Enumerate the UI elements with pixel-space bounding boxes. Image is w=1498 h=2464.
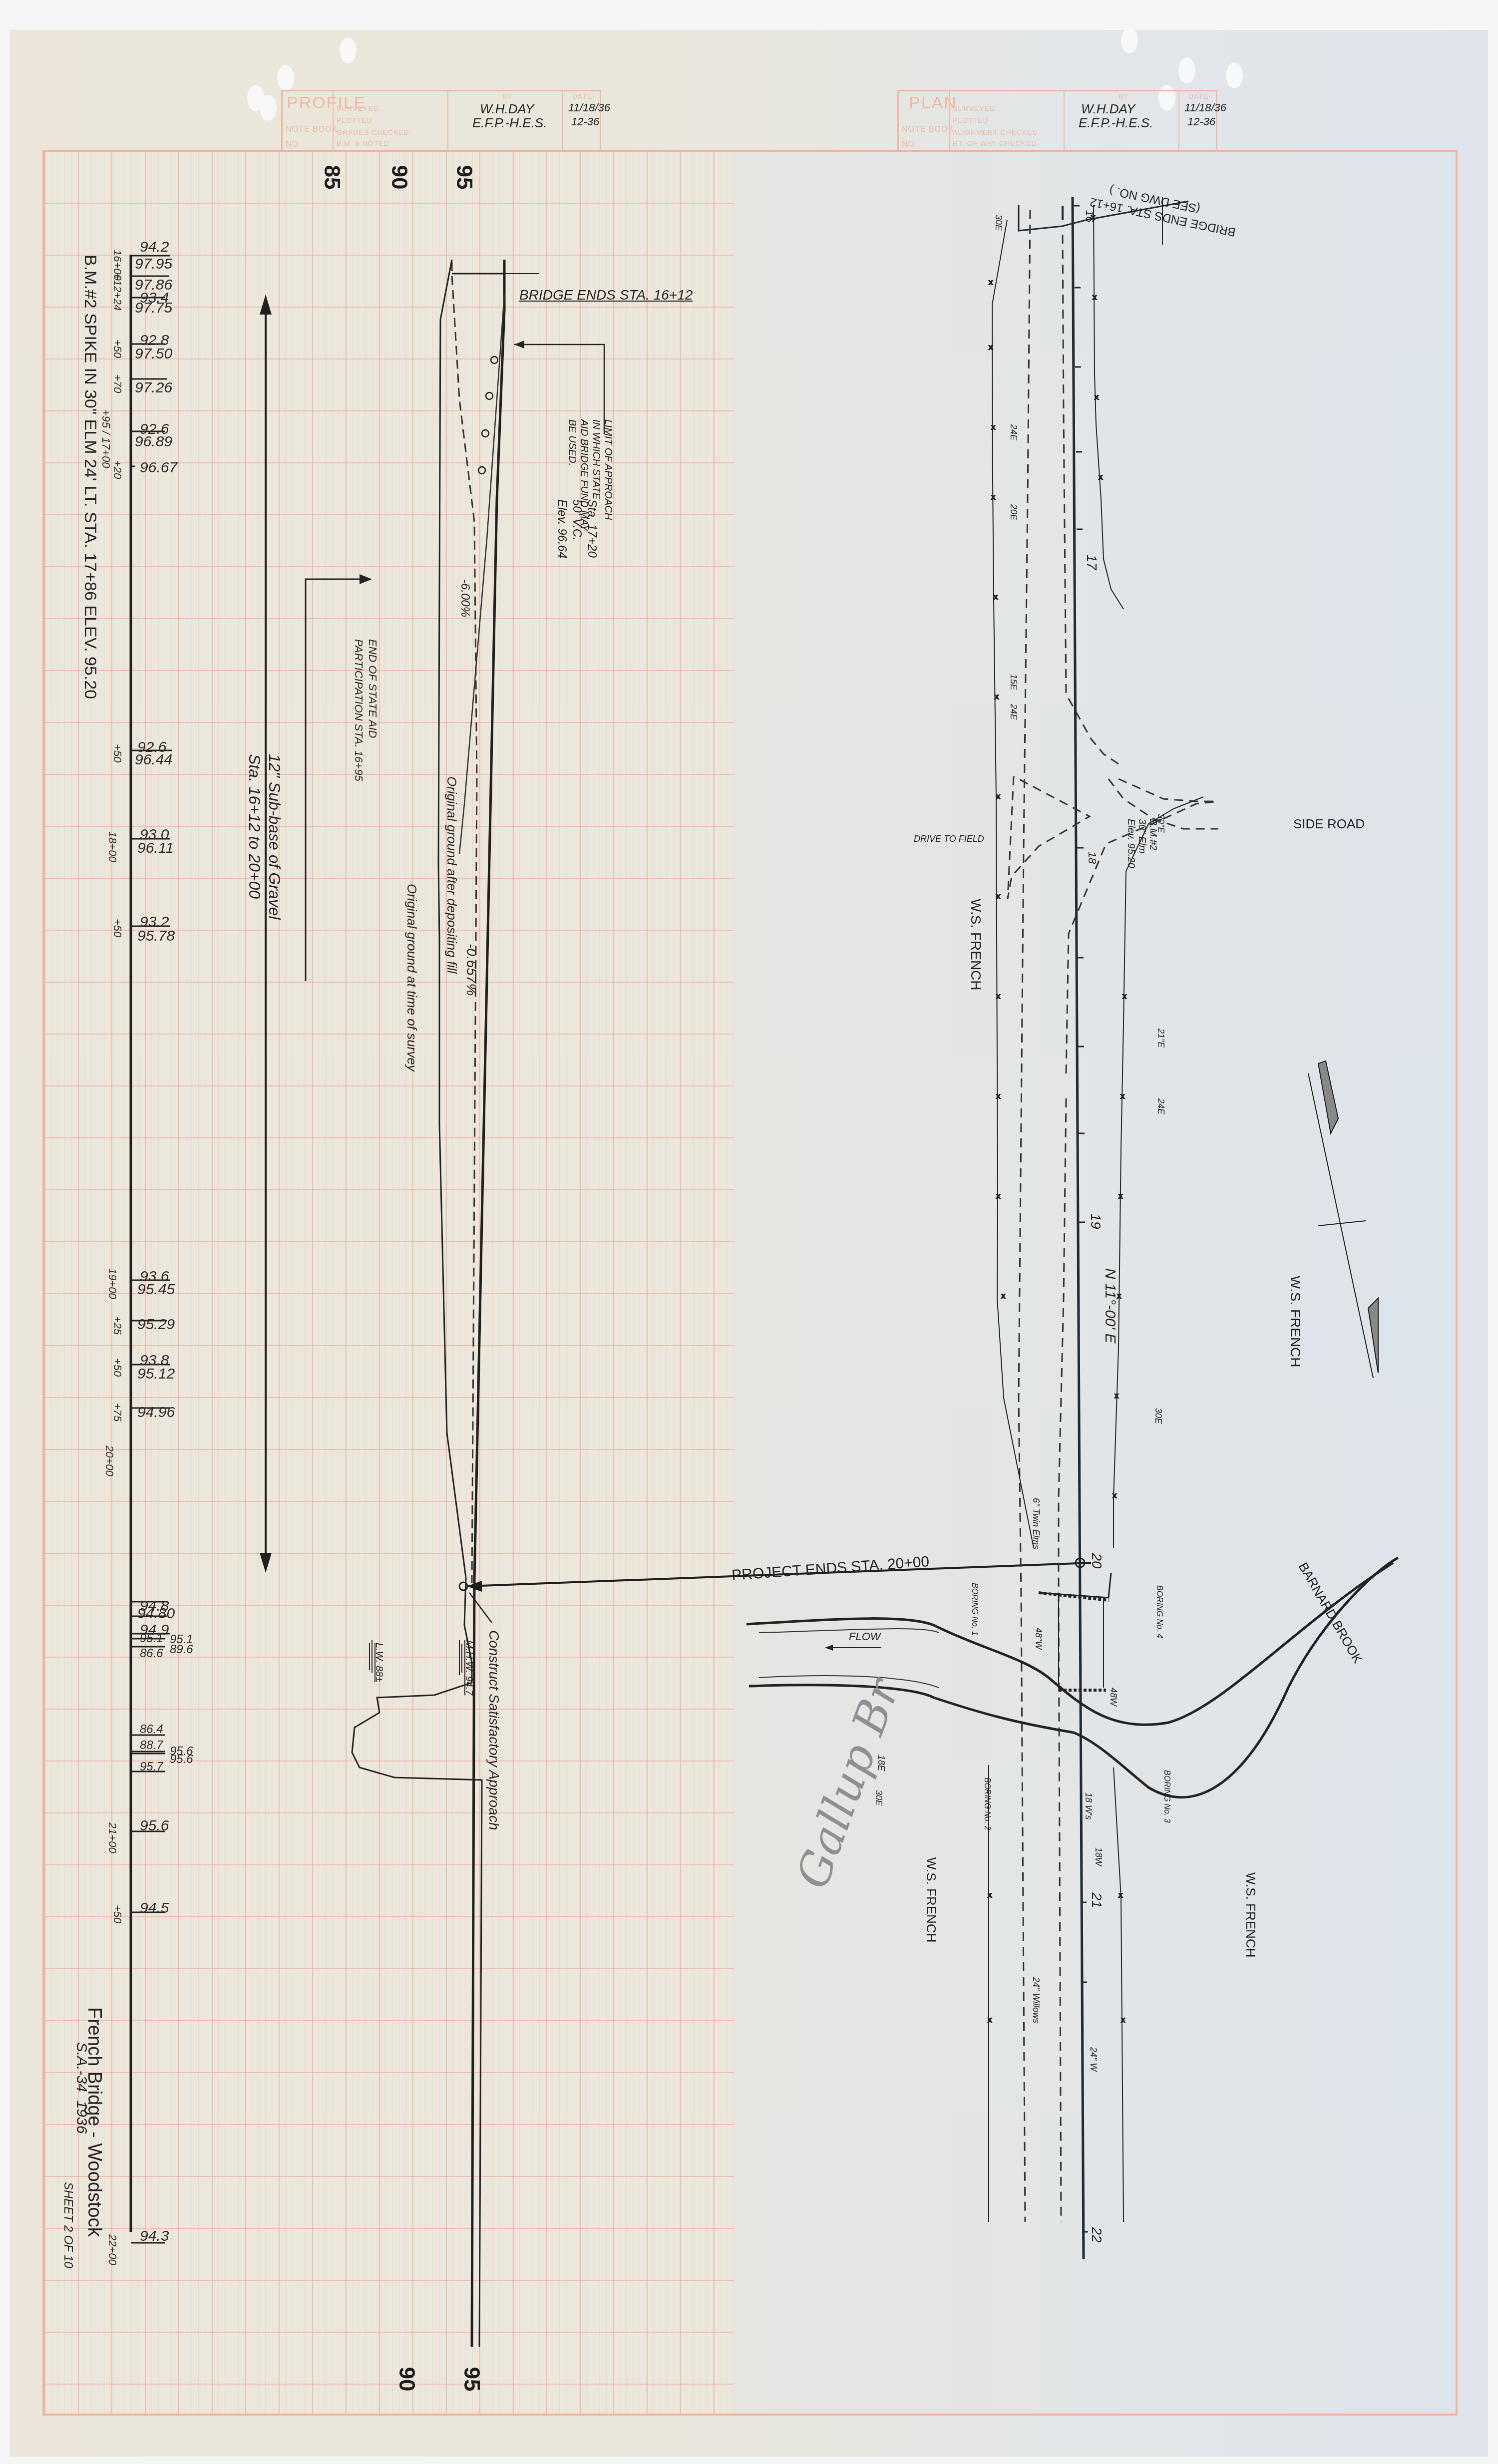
tree-label: 30E xyxy=(993,215,1004,231)
willows-east-label: 24" W xyxy=(1088,2047,1099,2071)
boring-4-label: BORING No. 4 xyxy=(1154,1585,1163,1638)
bm-tree: 30" Elm xyxy=(1136,819,1147,868)
svg-text:x: x xyxy=(1001,1292,1005,1300)
plan-station-19: 19 xyxy=(1088,1213,1104,1229)
svg-text:x: x xyxy=(996,1092,1000,1100)
svg-text:x: x xyxy=(996,1192,1000,1200)
boring-3-label: BORING No. 3 xyxy=(1162,1770,1171,1823)
svg-text:x: x xyxy=(991,423,995,431)
tree-label: 18 W's xyxy=(1083,1792,1094,1819)
tree-label: 48"W xyxy=(1033,1628,1044,1649)
svg-text:x: x xyxy=(1113,1492,1117,1500)
tree-label: 30E xyxy=(1153,1408,1163,1424)
svg-text:x: x xyxy=(996,893,1000,901)
bm-elev: Elev. 95.20 xyxy=(1125,819,1136,868)
tree-label: 21"E xyxy=(1155,1029,1166,1048)
tree-label: 30"E xyxy=(1155,814,1166,833)
willows-west-label: 24" Willows xyxy=(1031,1977,1041,2023)
svg-text:x: x xyxy=(1119,1192,1123,1200)
svg-text:x: x xyxy=(989,344,993,352)
svg-text:x: x xyxy=(988,2016,992,2024)
plan-station-16: 16 xyxy=(1083,210,1096,222)
plan-station-18: 18 xyxy=(1086,852,1099,864)
boring-1-label: BORING No. 1 xyxy=(970,1583,979,1636)
tree-label: 24E xyxy=(1008,704,1019,720)
svg-text:x: x xyxy=(1119,1891,1123,1899)
svg-text:x: x xyxy=(1115,1392,1119,1400)
plan-station-21: 21 xyxy=(1089,1892,1105,1908)
tree-label: 18W xyxy=(1093,1847,1104,1866)
side-road-label: SIDE ROAD xyxy=(1293,816,1365,832)
owner-label-ne: W.S. FRENCH xyxy=(1287,1276,1303,1368)
svg-text:x: x xyxy=(991,493,995,501)
svg-text:x: x xyxy=(994,593,998,601)
tree-label: 30E xyxy=(873,1790,884,1806)
tree-label: 48W xyxy=(1108,1688,1119,1706)
plan-station-17: 17 xyxy=(1084,554,1100,570)
svg-text:x: x xyxy=(1093,294,1097,302)
owner-label-sw: W.S. FRENCH xyxy=(923,1857,939,1942)
twin-elms-label: 6" Twin Elms xyxy=(1031,1498,1041,1549)
svg-text:x: x xyxy=(989,279,993,287)
svg-text:x: x xyxy=(1099,473,1103,481)
svg-text:x: x xyxy=(1095,393,1099,401)
boring-2-label: BORING No. 2 xyxy=(982,1777,991,1830)
bearing-label: N 11°-00' E xyxy=(1102,1268,1119,1344)
tree-label: 24E xyxy=(1155,1098,1166,1114)
tree-label: 20E xyxy=(1008,504,1019,520)
plan-drawing: xx xx xx xx xx xx xx xx xx xx xx xx xx xyxy=(0,0,1498,2464)
svg-text:x: x xyxy=(988,1891,992,1899)
owner-label-nw: W.S. FRENCH xyxy=(968,899,984,991)
svg-text:x: x xyxy=(1121,2016,1125,2024)
drive-to-field-label: DRIVE TO FIELD xyxy=(914,834,984,844)
svg-text:x: x xyxy=(996,993,1000,1001)
svg-text:x: x xyxy=(996,793,1000,801)
svg-text:x: x xyxy=(1123,993,1126,1001)
svg-text:x: x xyxy=(1121,1092,1124,1100)
flow-label: FLOW xyxy=(849,1630,881,1643)
tree-label: 18E xyxy=(876,1755,886,1771)
plan-station-22: 22 xyxy=(1089,2227,1105,2242)
tree-label: 15E xyxy=(1008,674,1019,690)
svg-text:x: x xyxy=(995,693,999,701)
plan-station-20: 20 xyxy=(1089,1553,1105,1568)
tree-label: 24E xyxy=(1008,424,1019,440)
owner-label-se: W.S. FRENCH xyxy=(1243,1872,1258,1957)
bm-label: B.M.#2 30" Elm Elev. 95.20 xyxy=(1125,819,1158,868)
